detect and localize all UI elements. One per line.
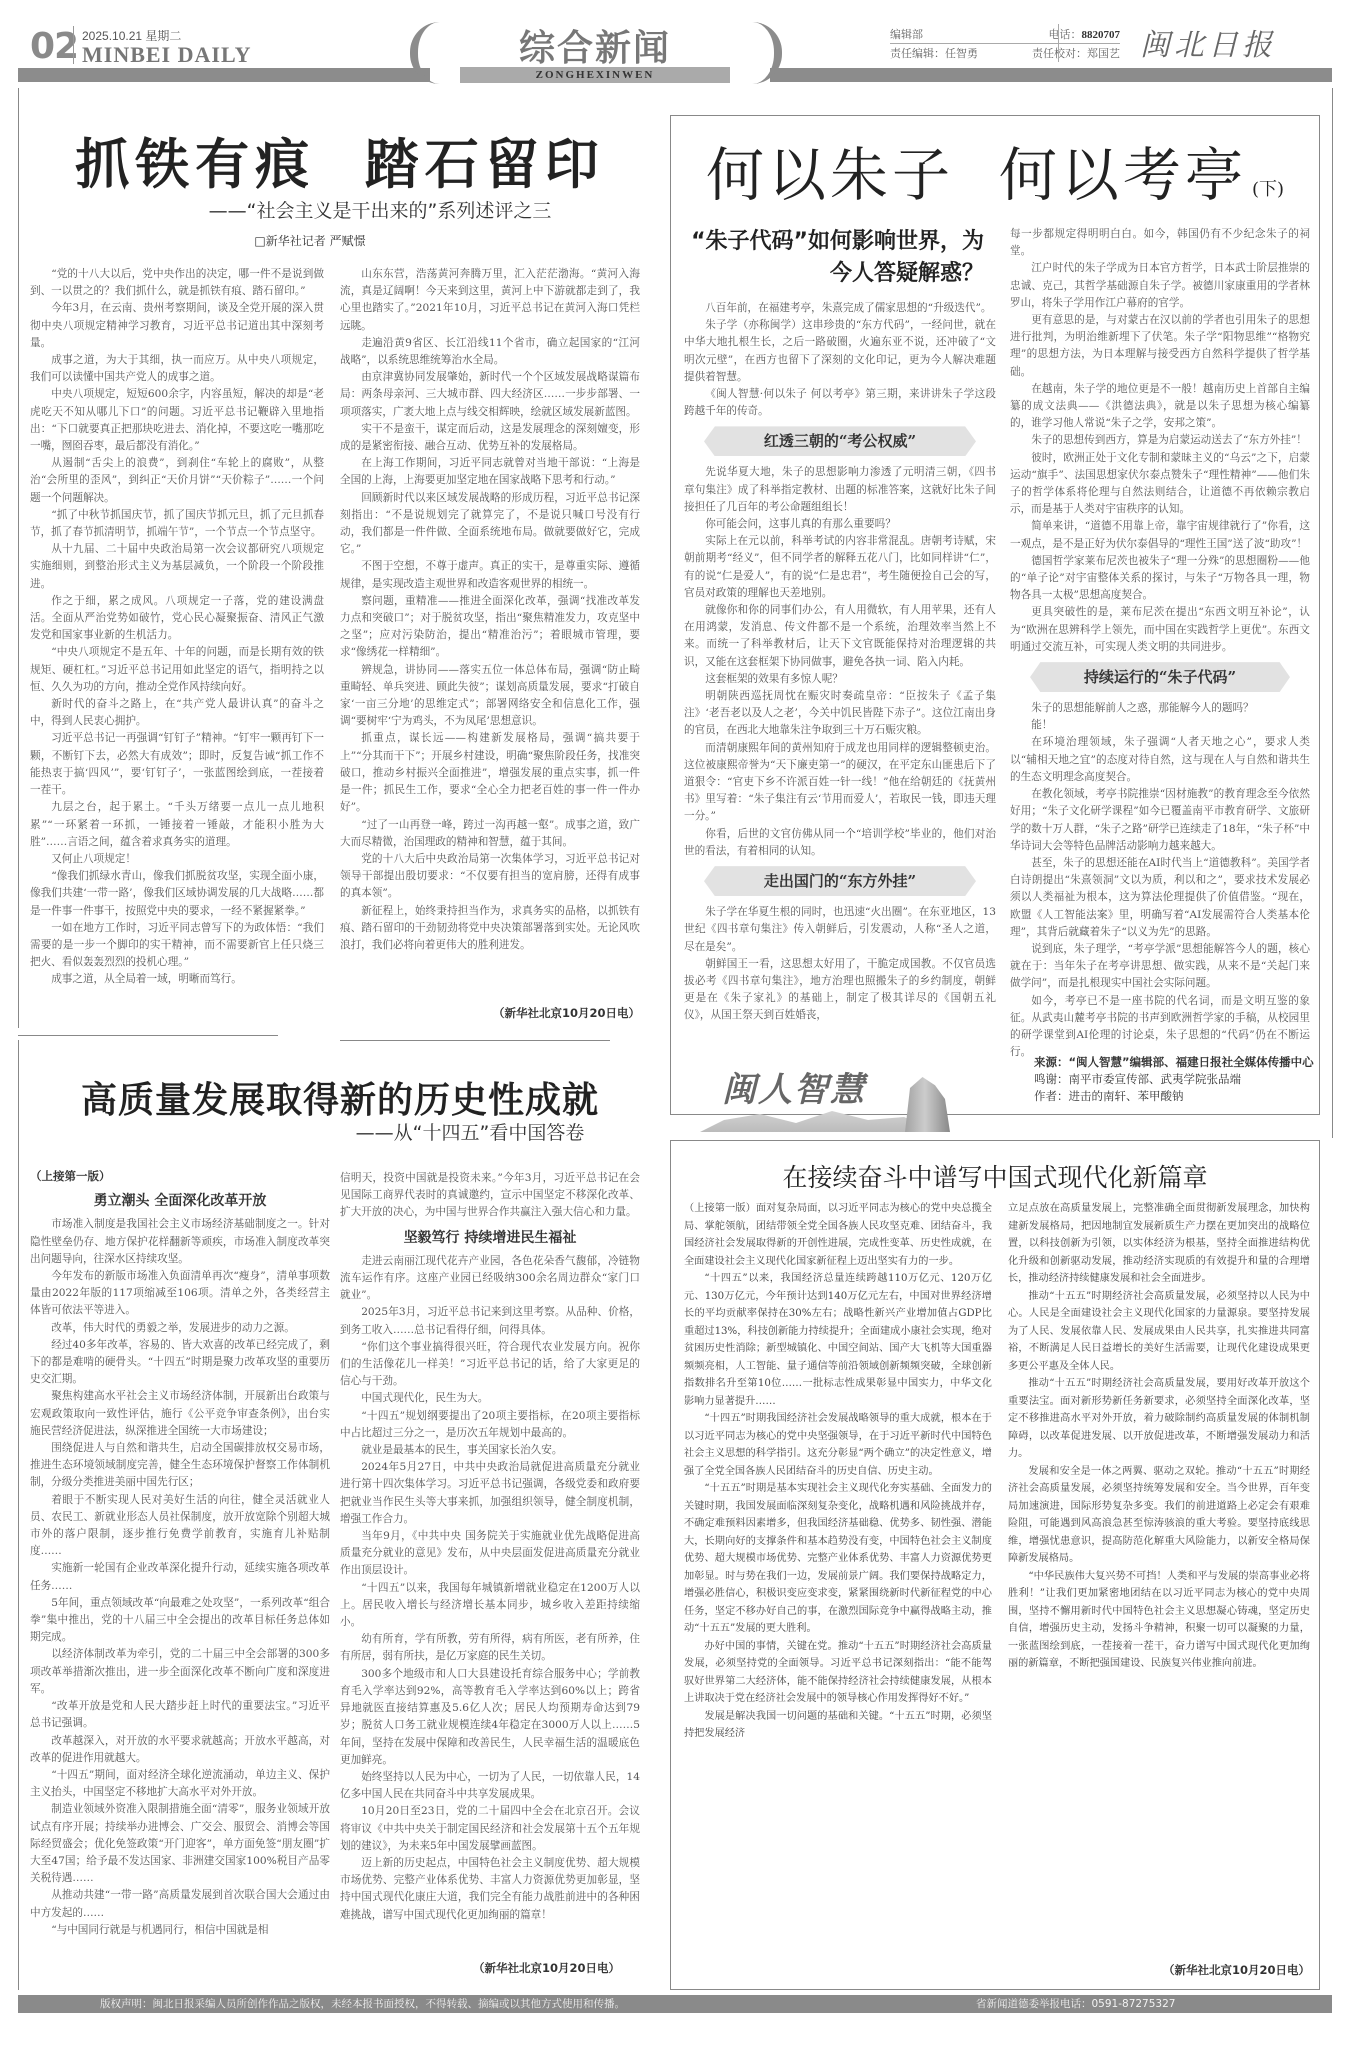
paragraph: 就业是最基本的民生，事关国家长治久安。 [340, 1442, 640, 1459]
paragraph: 你看，后世的文官仿佛从同一个“培训学校”毕业的，他们对治世的看法，有着相同的认知… [684, 826, 996, 860]
article2-subheadline: “朱子代码”如何影响世界，为今人答疑解惑？ [684, 226, 984, 290]
paragraph: 改革越深入，对开放的水平要求就越高；开放水平越高，对改革的促进作用就越大。 [30, 1733, 330, 1767]
paragraph: （上接第一版）面对复杂局面，以习近平同志为核心的党中央总揽全局、掌舵领航，团结带… [684, 1200, 992, 1270]
paragraph: 抓重点，谋长远——构建新发展格局，强调“搞共要于上”“分其而干下”；开展乡村建设… [340, 730, 640, 816]
paragraph: 推动“十五五”时期经济社会高质量发展，必须坚持以人民为中心。人民是全面建设社会主… [1008, 1288, 1310, 1376]
article4-dateline: （新华社北京10月20日电） [1110, 1962, 1310, 1978]
article3-column-1: （上接第一版） 勇立潮头 全面深化改革开放 市场准入制度是我国社会主义市场经济基… [30, 1168, 330, 1988]
article4-column-2: 立足点放在高质量发展上，完整准确全面贯彻新发展理念，加快构建新发展格局，把因地制… [1008, 1200, 1310, 1950]
paragraph: 八百年前，在福建考亭，朱熹完成了儒家思想的“升级迭代”。 [684, 300, 996, 317]
paragraph: 不图于空想，不尊于虚声。真正的实干，是尊重实际、遵循规律，是实现改造主观世界和改… [340, 558, 640, 592]
credit-authors: 作者：进击的南轩、苯甲酸钠 [1034, 1088, 1334, 1105]
paragraph: 幼有所育，学有所教，劳有所得，病有所医，老有所养，住有所居，弱有所扶，是亿万家庭… [340, 1631, 640, 1665]
paragraph: “十四五”以来，我国每年城镇新增就业稳定在1200万人以上。居民收入增长与经济增… [340, 1580, 640, 1632]
article3-frame-left [18, 1040, 19, 1990]
paragraph: 回顾新时代以来区域发展战略的形成历程，习近平总书记深刻指出：“不是说规划完了就算… [340, 490, 640, 559]
paragraph: 推动“十五五”时期经济社会高质量发展，要用好改革开放这个重要法宝。面对新形势新任… [1008, 1375, 1310, 1463]
paragraph: “十五五”时期是基本实现社会主义现代化夯实基础、全面发力的关键时期，我国发展面临… [684, 1480, 992, 1638]
copyright-notice: 版权声明：闽北日报采编人员所创作作品之版权，未经本报书面授权，不得转载、摘编或以… [100, 1995, 625, 2013]
article1-headline: 抓铁有痕 踏石留印 [30, 122, 650, 199]
paragraph: 九层之台，起于累土。“千头万绪要一点儿一点儿地积累”“一环紧着一环抓，一锤接着一… [30, 799, 324, 851]
paragraph: 5年间，重点领域改革“向最难之处攻坚”，一系列改革“组合拳”集中推出，党的十八届… [30, 1595, 330, 1647]
paragraph: 先说华夏大地，朱子的思想影响力渗透了元明清三朝，《四书章句集注》成了科举指定教材… [684, 464, 996, 516]
editorial-divider [1058, 24, 1059, 62]
section-title: 综合新闻 [440, 20, 750, 71]
paragraph: 实施新一轮国有企业改革深化提升行动，延续实施各项改革任务…… [30, 1560, 330, 1594]
article1-byline: □新华社记者 严赋憬 [210, 232, 410, 249]
paragraph: 2025年3月，习近平总书记来到这里考察。从品种、价格，到务工收入……总书记看得… [340, 1304, 640, 1338]
paragraph: “十四五”期间，面对经济全球化逆流涌动，单边主义、保护主义抬头，中国坚定不移地扩… [30, 1767, 330, 1801]
paragraph: 作之于细，累之成风。八项规定一子落，党的建设满盘活。全面从严治党势如破竹，党心民… [30, 593, 324, 645]
paragraph: “像我们抓绿水青山，像我们抓脱贫攻坚，实现全面小康，像我们共建‘一带一路’，像我… [30, 868, 324, 920]
paragraph: 朱子学在华夏生根的同时，也迅速“火出圈”。在东亚地区，13世纪《四书章句集注》传… [684, 904, 996, 956]
page-number: 02 [30, 26, 78, 67]
paragraph: 中央八项规定，短短600余字，内容虽短，解决的却是“老虎吃天不知从哪儿下口”的问… [30, 386, 324, 455]
paragraph: 迈上新的历史起点，中国特色社会主义制度优势、超大规模市场优势、完整产业体系优势、… [340, 1855, 640, 1924]
paragraph: 始终坚持以人民为中心，一切为了人民，一切依靠人民，14亿多中国人民在共同奋斗中共… [340, 1769, 640, 1803]
section-ribbon-eastern-plugin: 走出国门的“东方外挂” [704, 866, 976, 896]
paragraph: 改革，伟大时代的勇毅之举，发展进步的动力之源。 [30, 1320, 330, 1337]
paragraph: 在教化领域，考亭书院推崇“因材施教”的教育理念至今依然好用；“朱子文化研学课程”… [1010, 786, 1310, 855]
proofreader-name: 责任校对：郑国艺 [1032, 45, 1120, 61]
article4-headline: 在接续奋斗中谱写中国式现代化新篇章 [680, 1158, 1310, 1194]
paragraph: 而清朝康熙年间的黄州知府于成龙也用同样的逻辑整顿吏治。这位被康熙帝誉为“天下廉吏… [684, 740, 996, 826]
paragraph: “中央八项规定不是五年、十年的问题，而是长期有效的铁规矩、硬杠杠。”习近平总书记… [30, 644, 324, 696]
article1-bottom-rule-2 [340, 1040, 610, 1041]
paragraph: 着眼于不断实现人民对美好生活的向往，健全灵活就业人员、农民工、新就业形态人员社保… [30, 1492, 330, 1561]
paragraph: 在越南，朱子学的地位更是不一般！越南历史上首部自主编纂的成文法典——《洪德法典》… [1010, 381, 1310, 433]
paragraph: “过了一山再登一峰，跨过一沟再越一壑”。成事之道，致广大而尽精微，治国理政的精神… [340, 817, 640, 851]
paragraph: 明朝陕西巡抚周忱在赈灾时奏疏皇帝：“臣按朱子《孟子集注》‘老吾老以及人之老’，今… [684, 688, 996, 740]
paragraph: “与中国同行就是与机遇同行，相信中国就是相 [30, 1922, 330, 1939]
article1-column-1: “党的十八大以后，党中央作出的决定，哪一件不是说到做到、一以贯之的？我们抓什么，… [30, 266, 324, 1006]
section-heading-livelihood: 坚毅笃行 持续增进民生福祉 [340, 1230, 640, 1247]
article1-column-2: 山东东营，浩荡黄河奔腾万里，汇入茫茫渤海。“黄河入海流，真是辽阔啊！今天来到这里… [340, 266, 640, 1006]
paragraph: 发展和安全是一体之两翼、驱动之双轮。推动“十五五”时期经济社会高质量发展，必须坚… [1008, 1463, 1310, 1568]
article3-column-2: 信明天，投资中国就是投资未来。”今年3月，习近平总书记在会见国际工商界代表时的真… [340, 1170, 640, 1945]
paragraph: “十四五”时期我国经济社会发展战略领导的重大成就，根本在于以习近平同志为核心的党… [684, 1410, 992, 1480]
article3-headline: 高质量发展取得新的历史性成就 [40, 1072, 640, 1123]
phone-label: 电话： [1049, 28, 1082, 41]
paragraph: 山东东营，浩荡黄河奔腾万里，汇入茫茫渤海。“黄河入海流，真是辽阔啊！今天来到这里… [340, 266, 640, 335]
paragraph: 成事之道，从全局着一域，明晰而笃行。 [30, 971, 324, 988]
paragraph: 《闽人智慧·何以朱子 何以考亭》第三期，来讲讲朱子学这段跨越千年的传奇。 [684, 386, 996, 420]
paragraph: 实干不是蛮干，谋定而后动，这是发展理念的深刻嬗变，形成的是紧密衔接、融合互动、优… [340, 421, 640, 455]
paragraph: “十四五”规划纲要提出了20项主要指标，在20项主要指标中占比超过三分之一，是历… [340, 1408, 640, 1442]
paragraph: 信明天，投资中国就是投资未来。”今年3月，习近平总书记在会见国际工商界代表时的真… [340, 1170, 640, 1222]
paragraph: 走进云南丽江现代花卉产业园，各色花朵香气馥郁，冷链物流车运作有序。这座产业园已经… [340, 1253, 640, 1305]
section-ribbon-exam-authority: 红透三朝的“考公权威” [704, 426, 976, 456]
continued-label: （上接第一版） [30, 1168, 330, 1185]
paper-logo: 闽北日报 [1140, 20, 1276, 64]
paragraph: 10月20日至23日，党的二十届四中全会在北京召开。会议将审议《中共中央关于制定… [340, 1803, 640, 1855]
paragraph: 一如在地方工作时，习近平同志曾写下的为政体悟：“我们需要的是一步一个脚印的实干精… [30, 920, 324, 972]
article4-column-1: （上接第一版）面对复杂局面，以习近平同志为核心的党中央总揽全局、掌舵领航，团结带… [684, 1200, 992, 1980]
paragraph: 更具突破性的是，莱布尼茨在提出“东西文明互补论”，认为“欧洲在思辨科学上领先，而… [1010, 604, 1310, 656]
paragraph: 从遏制“舌尖上的浪费”，到刹住“车轮上的腐败”，从整治“会所里的歪风”，到纠正“… [30, 455, 324, 507]
paragraph: 从十九届、二十届中央政治局第一次会议都研究八项规定实施细则，到整治形式主义为基层… [30, 541, 324, 593]
paragraph: 朱子的思想传到西方，算是为启蒙运动送去了“东方外挂”！ [1010, 432, 1310, 449]
credit-source: 来源：“闽人智慧”编辑部、福建日报社全媒体传播中心 [1034, 1054, 1334, 1071]
masthead-bar-left [18, 68, 430, 82]
editorial-info: 编辑部 电话：8820707 责任编辑：任智勇 责任校对：郑国艺 [890, 24, 1120, 62]
paragraph: 市场准入制度是我国社会主义市场经济基础制度之一。针对隐性壁垒仍存、地方保护花样翻… [30, 1216, 330, 1268]
report-hotline: 省新闻道德委举报电话：0591-87275327 [976, 1995, 1175, 2013]
paragraph: 以经济体制改革为牵引，党的二十届三中全会部署的300多项改革举措渐次推出，进一步… [30, 1646, 330, 1698]
article2-part: (下) [1252, 179, 1284, 200]
editorial-dept: 编辑部 [890, 26, 923, 42]
article2-credits: 来源：“闽人智慧”编辑部、福建日报社全媒体传播中心 鸣谢：南平市委宣传部、武夷学… [1034, 1054, 1334, 1105]
paragraph: 甚至，朱子的思想还能在AI时代当上“道德教科”。美国学者白诗朗提出“朱熹领洞”文… [1010, 855, 1310, 941]
paragraph: 更有意思的是，与对蒙古在汉以前的学者也引用朱子的思想进行批判，为明治维新埋下了伏… [1010, 312, 1310, 381]
paragraph: 能！ [1010, 717, 1310, 734]
paragraph: “抓了中秋节抓国庆节，抓了国庆节抓元旦，抓了元旦抓春节，抓了春节抓清明节，抓端午… [30, 507, 324, 541]
masthead-divider [73, 26, 74, 64]
article2-column-2: 每一步都规定得明明白白。如今，韩国仍有不少纪念朱子的祠堂。 江户时代的朱子学成为… [1010, 226, 1310, 1096]
paragraph: 辨规急，讲协同——落实五位一体总体布局，强调“防止畸重畸轻、单兵突进、顾此失彼”… [340, 662, 640, 731]
paragraph: 今年发布的新版市场准入负面清单再次“瘦身”，清单事项数量由2022年版的117项… [30, 1268, 330, 1320]
paragraph: “你们这个事业搞得很兴旺，符合现代农业发展方向。祝你们的生活像花儿一样美！”习近… [340, 1339, 640, 1391]
paragraph: 聚焦构建高水平社会主义市场经济体制，开展新出台政策与宏观政策取向一致性评估，施行… [30, 1388, 330, 1440]
article1-bottom-rule [18, 1035, 278, 1036]
paragraph: 你可能会问，这事儿真的有那么重要吗？ [684, 516, 996, 533]
paragraph: 今年3月，在云南、贵州考察期间，谈及全党开展的深入贯彻中央八项规定精神学习教育，… [30, 300, 324, 352]
paragraph: 如今，考亭已不是一座书院的代名词，而是文明互鉴的象征。从武夷山麓考亭书院的书声到… [1010, 993, 1310, 1062]
paragraph: 在环境治理领域，朱子强调“人者天地之心”，要求人类以“辅相天地之宜”的态度对待自… [1010, 734, 1310, 786]
paragraph: 办好中国的事情，关键在党。推动“十五五”时期经济社会高质量发展，必须坚持党的全面… [684, 1638, 992, 1708]
article2-column-1: 八百年前，在福建考亭，朱熹完成了儒家思想的“升级迭代”。 朱子学（亦称闽学）这串… [684, 300, 996, 1060]
editor-name: 责任编辑：任智勇 [890, 45, 978, 61]
article1-subheadline: ——“社会主义是干出来的”系列述评之三 [120, 196, 640, 223]
paragraph: “十四五”以来，我国经济总量连续跨越110万亿元、120万亿元、130万亿元，今… [684, 1270, 992, 1410]
paragraph: “党的十八大以后，党中央作出的决定，哪一件不是说到做到、一以贯之的？我们抓什么，… [30, 266, 324, 300]
paragraph: 实际上在元以前，科举考试的内容非常混乱。唐朝考诗赋，宋朝前期考“经义”，但不同学… [684, 533, 996, 602]
paragraph: 2024年5月27日，中共中央政治局就促进高质量充分就业进行第十四次集体学习。习… [340, 1459, 640, 1528]
paper-name-en: MINBEI DAILY [82, 42, 252, 68]
article3-subheadline: ——从“十四五”看中国答卷 [320, 1118, 620, 1145]
paragraph: 成事之道，为大于其细，执一而应万。从中央八项规定，我们可以读懂中国共产党人的成事… [30, 352, 324, 386]
paragraph: 朱子的思想能解前人之惑，那能解今人的题吗？ [1010, 700, 1310, 717]
credit-thanks: 鸣谢：南平市委宣传部、武夷学院张品端 [1034, 1071, 1334, 1088]
footer-bar: 版权声明：闽北日报采编人员所创作作品之版权，未经本报书面授权，不得转载、摘编或以… [18, 1995, 1332, 2013]
paragraph: 这套框架的效果有多惊人呢？ [684, 671, 996, 688]
paragraph: 新征程上，始终秉持担当作为，求真务实的品格，以抓铁有痕、踏石留印的干劲韧劲将党中… [340, 903, 640, 955]
paragraph: 说到底，朱子理学，“考亭学派”思想能解答今人的题，核心就在于：当年朱子在考亭讲思… [1010, 941, 1310, 993]
paragraph: 朱子学（亦称闽学）这串珍贵的“东方代码”，一经问世，就在中华大地扎根生长，之后一… [684, 317, 996, 386]
paragraph: 察问题，重精准——推进全面深化改革，强调“找准改革发力点和突破口”；对于脱贫攻坚… [340, 593, 640, 662]
section-ribbon-zhuzi-code: 持续运行的“朱子代码” [1030, 662, 1290, 692]
paragraph: 发展是解决我国一切问题的基础和关键。“十五五”时期，必须坚持把发展经济 [684, 1708, 992, 1743]
minren-wisdom-banner: 闽人智慧 [700, 1062, 1000, 1132]
masthead-bar-right [770, 68, 1332, 82]
phone-info: 电话：8820707 [1049, 26, 1121, 42]
paragraph: 又何止八项规定！ [30, 851, 324, 868]
paragraph: 300多个地级市和人口大县建设托育综合服务中心；学前教育毛入学率达到92%，高等… [340, 1666, 640, 1769]
paragraph: 德国哲学家莱布尼茨也被朱子“理一分殊”的思想圈粉——他的“单子论”对宇宙整体关系… [1010, 553, 1310, 605]
paragraph: 就像你和你的同事们办公，有人用微软，有人用苹果，还有人在用鸿蒙，发消息、传文件都… [684, 602, 996, 671]
article2-headline: 何以朱子 何以考亭 [706, 141, 1247, 209]
paragraph: 新时代的奋斗之路上，在“共产党人最讲认真”的奋斗之中，得到人民衷心拥护。 [30, 696, 324, 730]
rock-peak-illustration [900, 1077, 950, 1132]
paragraph: 走遍沿黄9省区、长江沿线11个省市，确立起国家的“江河战略”，以系统思维统筹治水… [340, 335, 640, 369]
article3-dateline: （新华社北京10月20日电） [420, 1960, 620, 1976]
paragraph: 党的十八大后中央政治局第一次集体学习，习近平总书记对领导干部提出殷切要求：“不仅… [340, 851, 640, 903]
paragraph: 朝鲜国王一看，这思想太好用了，干脆定成国教。不仅官员选拔必考《四书章句集注》，地… [684, 956, 996, 1025]
paragraph: 立足点放在高质量发展上，完整准确全面贯彻新发展理念，加快构建新发展格局，把因地制… [1008, 1200, 1310, 1288]
phone-number: 8820707 [1082, 29, 1121, 41]
paragraph: 江户时代的朱子学成为日本官方哲学，日本武士阶层推崇的忠诚、克己，其哲学基础源自朱… [1010, 260, 1310, 312]
paragraph: 彼时，欧洲正处于文化专制和蒙昧主义的“乌云”之下，启蒙运动“旗手”、法国思想家伏… [1010, 450, 1310, 519]
paragraph: “改革开放是党和人民大踏步赶上时代的重要法宝。”习近平总书记强调。 [30, 1698, 330, 1732]
article1-dateline: （新华社北京10月20日电） [440, 1005, 640, 1021]
paragraph: 每一步都规定得明明白白。如今，韩国仍有不少纪念朱子的祠堂。 [1010, 226, 1310, 260]
section-heading-reform: 勇立潮头 全面深化改革开放 [30, 1193, 330, 1210]
section-title-en: ZONGHEXINWEN [460, 67, 730, 83]
paragraph: 习近平总书记一再强调“钉钉子”精神。“钉牢一颗再钉下一颗，不断钉下去，必然大有成… [30, 730, 324, 799]
paragraph: 当年9月，《中共中央 国务院关于实施就业优先战略促进高质量充分就业的意见》发布，… [340, 1528, 640, 1580]
paragraph: 围绕促进人与自然和谐共生，启动全国碳排放权交易市场，推进生态环境领域制度完善，健… [30, 1440, 330, 1492]
paragraph: 简单来讲，“道德不用靠上帝，靠宇宙规律就行了”你看，这一观点，是不是正好为伏尔泰… [1010, 518, 1310, 552]
paragraph: “中华民族伟大复兴势不可挡！人类和平与发展的崇高事业必将胜利！”让我们更加紧密地… [1008, 1568, 1310, 1673]
article2-right-rule [1332, 88, 1333, 1138]
paragraph: 经过40多年改革，容易的、皆大欢喜的改革已经完成了，剩下的都是难啃的硬骨头。“十… [30, 1337, 330, 1389]
article2-headline-wrap: 何以朱子 何以考亭 (下) [680, 128, 1310, 212]
paragraph: 从推动共建“一带一路”高质量发展到首次联合国大会通过由中方发起的…… [30, 1887, 330, 1921]
banner-title: 闽人智慧 [722, 1062, 866, 1111]
paragraph: 在上海工作期间，习近平同志就曾对当地干部说：“上海是全国的上海，上海要更加坚定地… [340, 455, 640, 489]
paragraph: 制造业领域外资准入限制措施全面“清零”，服务业领域开放试点有序开展；持续举办进博… [30, 1801, 330, 1887]
paragraph: 中国式现代化，民生为大。 [340, 1390, 640, 1407]
paragraph: 由京津冀协同发展肇始，新时代一个个区域发展战略谋篇布局：两条母亲河、三大城市群、… [340, 369, 640, 421]
